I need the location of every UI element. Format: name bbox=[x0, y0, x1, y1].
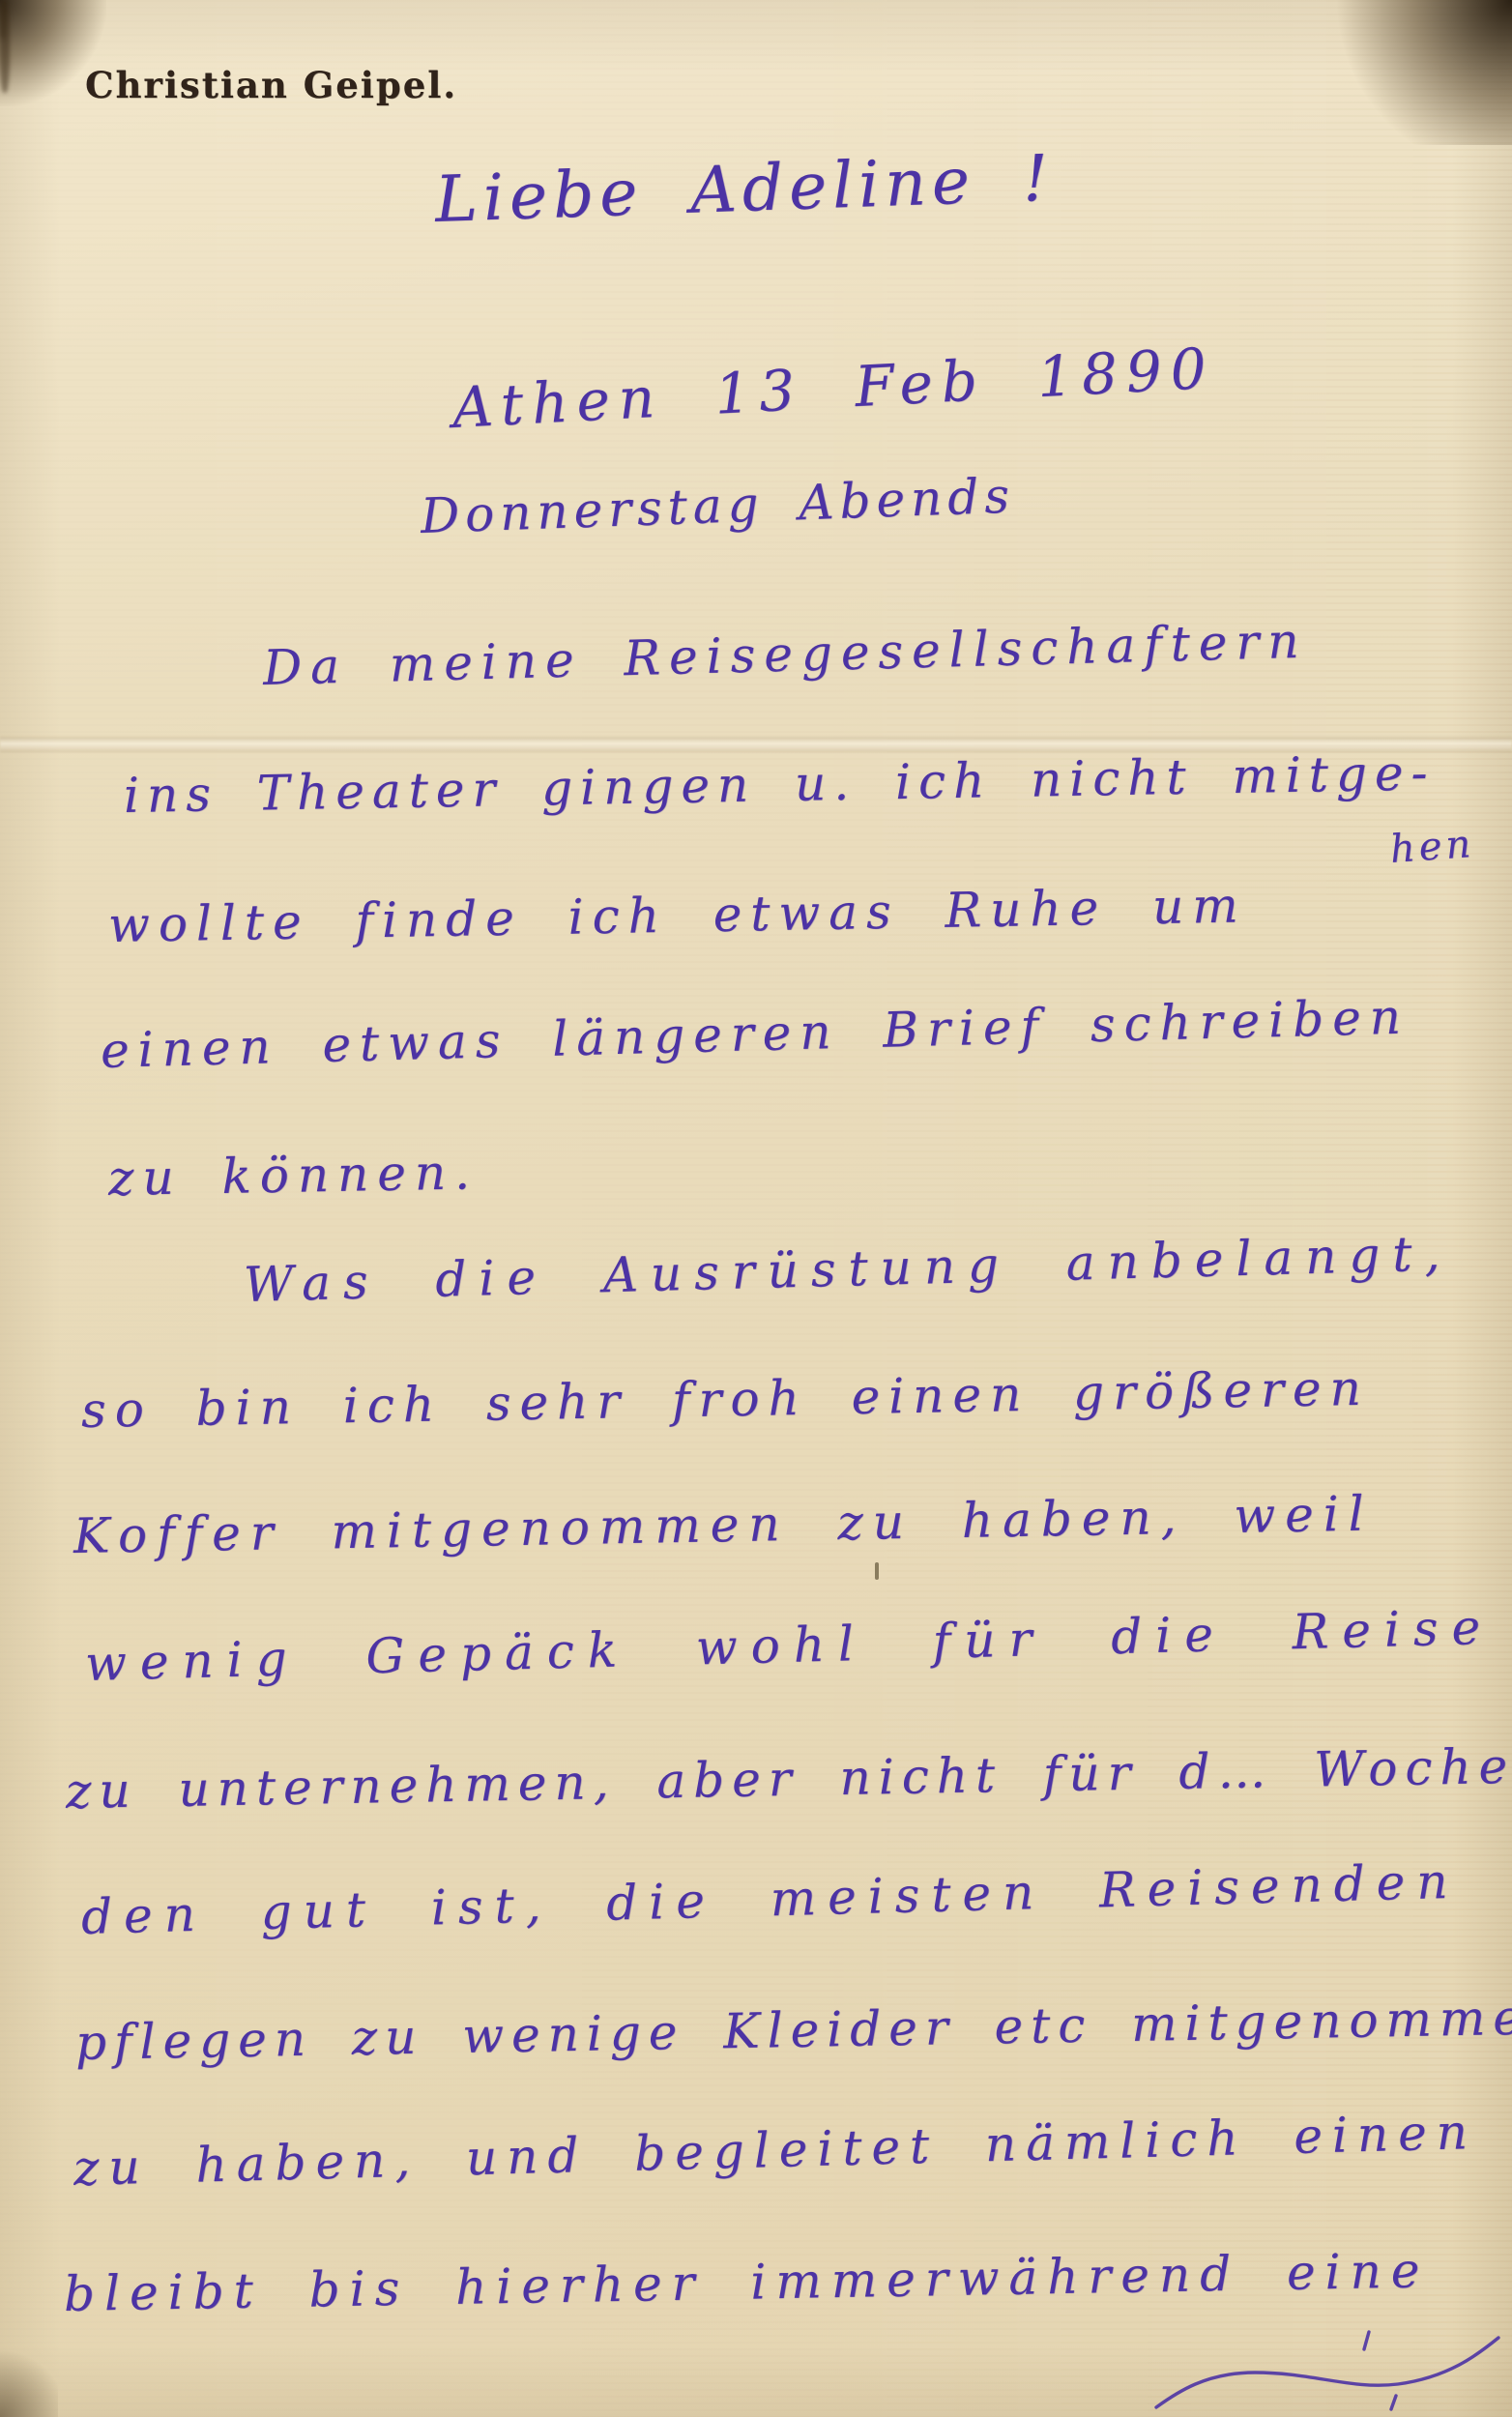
date-line: Athen 13 Feb 1890 bbox=[451, 335, 1216, 441]
ink-speck bbox=[875, 1562, 879, 1580]
scan-edge-mark bbox=[0, 0, 10, 93]
letter-line: zu unternehmen, aber nicht für d… Wochen bbox=[65, 1737, 1512, 1820]
letter-line: Da meine Reisegesellschaftern bbox=[262, 613, 1308, 696]
letter-line: ins Theater gingen u. ich nicht mitge- bbox=[123, 744, 1435, 824]
ink-flourish bbox=[1139, 2328, 1506, 2417]
letter-line: den gut ist, die meisten Reisenden bbox=[80, 1853, 1460, 1945]
time-line: Donnerstag Abends bbox=[420, 468, 1016, 544]
letter-line: bleibt bis hierher immerwährend eine bbox=[63, 2242, 1429, 2322]
salutation-line: Liebe Adeline ! bbox=[434, 141, 1056, 237]
letter-line: wenig Gepäck wohl für die Reise bbox=[84, 1599, 1495, 1692]
letter-line: zu können. bbox=[107, 1144, 479, 1207]
letter-line: Koffer mitgenommen zu haben, weil bbox=[73, 1486, 1374, 1564]
letterhead-name: Christian Geipel. bbox=[85, 64, 457, 106]
letter-line-wrap-fragment: hen bbox=[1388, 822, 1475, 872]
letter-line: Was die Ausrüstung anbelangt, bbox=[243, 1225, 1453, 1313]
letter-line: wollte finde ich etwas Ruhe um bbox=[107, 877, 1247, 953]
scan-corner-shadow-top-right bbox=[1328, 0, 1512, 145]
letter-line: einen etwas längeren Brief schreiben bbox=[100, 989, 1410, 1079]
scan-corner-shadow-bottom-left bbox=[0, 2349, 58, 2417]
letter-line: so bin ich sehr froh einen größeren bbox=[80, 1360, 1370, 1439]
scan-edge-mark bbox=[0, 0, 6, 39]
letter-line: pflegen zu wenige Kleider etc mitgenomme… bbox=[74, 1989, 1512, 2071]
letter-line: zu haben, und begleitet nämlich einen bbox=[73, 2104, 1477, 2197]
